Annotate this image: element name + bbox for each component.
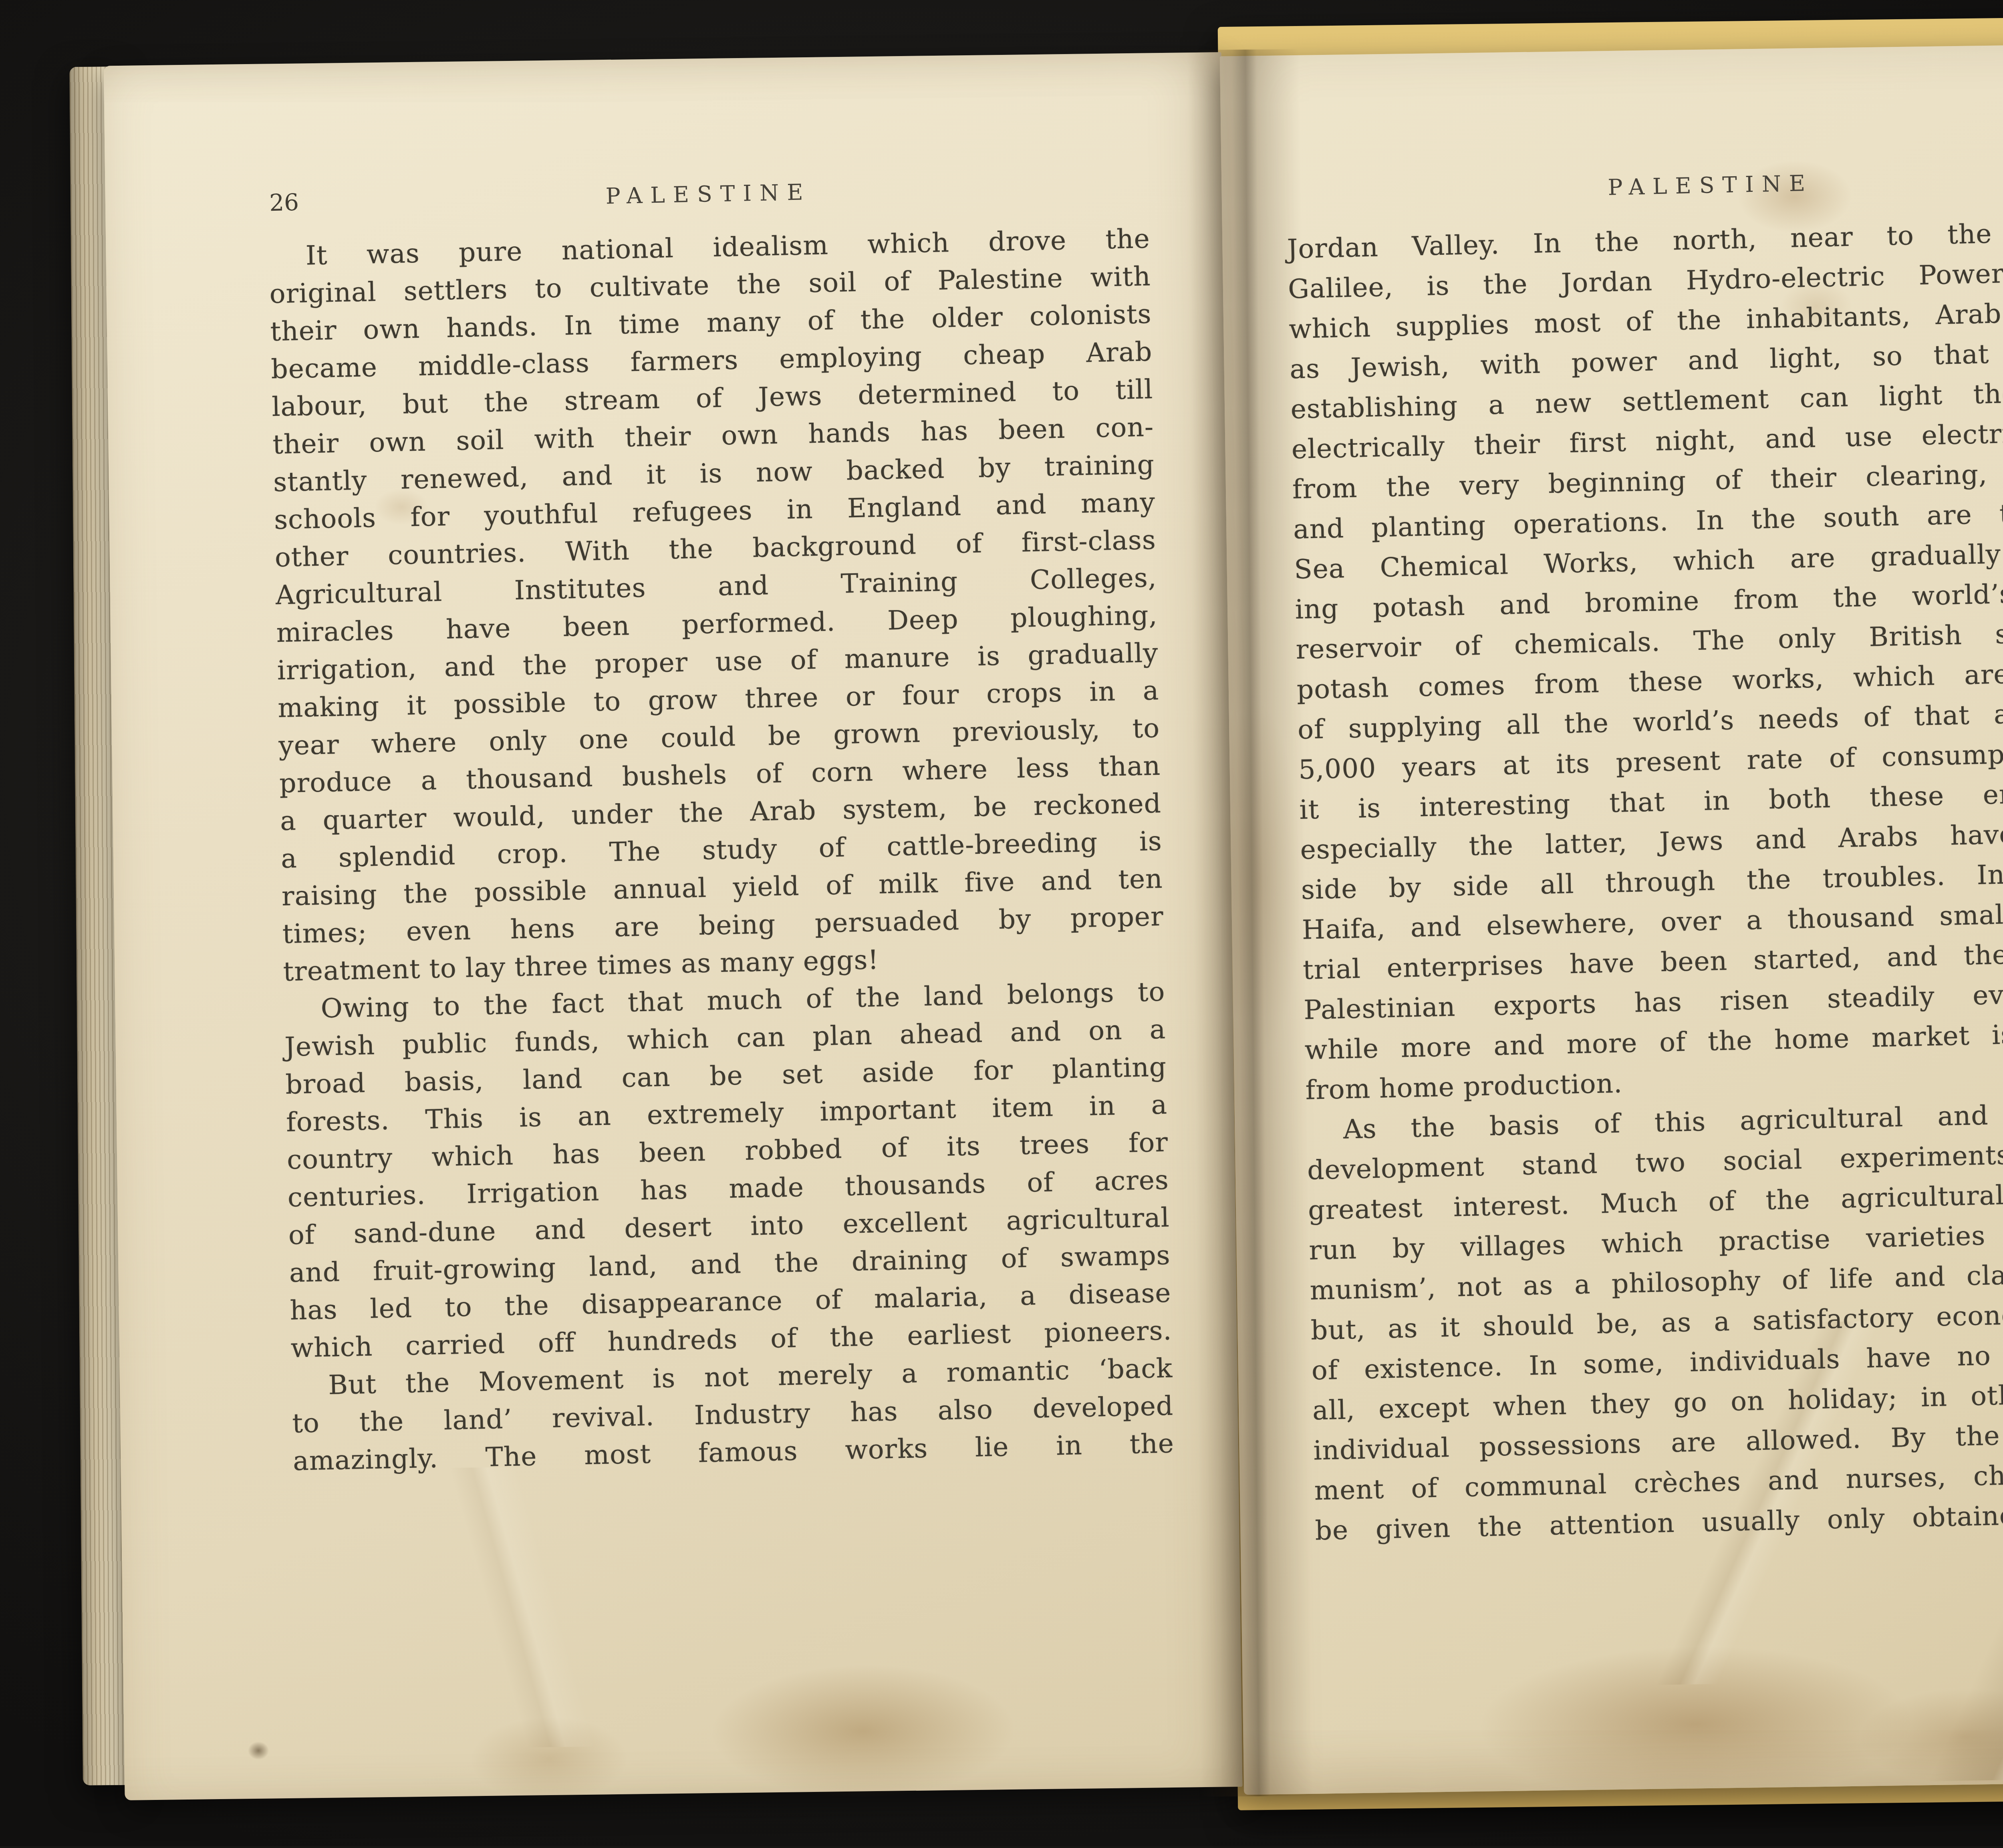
left-header-row: 26 PALESTINE — [267, 166, 1149, 222]
left-page-text: It was pure national idealism which drov… — [268, 220, 1175, 1480]
left-text-block: 26 PALESTINE It was pure national ideali… — [267, 166, 1175, 1480]
stain — [244, 1739, 273, 1763]
stain — [652, 1636, 1075, 1826]
right-header-row: PALESTINE 27 — [1286, 157, 2003, 213]
right-text-block: PALESTINE 27 Jordan Valley. In the north… — [1286, 157, 2003, 1551]
open-book: 26 PALESTINE It was pure national ideali… — [69, 21, 2003, 1818]
stain — [436, 1698, 662, 1821]
right-page-text: Jordan Valley. In the north, near to the… — [1287, 211, 2003, 1551]
running-head-left: PALESTINE — [267, 166, 1149, 222]
stain — [1823, 1671, 2003, 1803]
left-page: 26 PALESTINE It was pure national ideali… — [104, 52, 1243, 1800]
paper-wrinkle — [169, 1463, 853, 1752]
right-page: PALESTINE 27 Jordan Valley. In the north… — [1220, 41, 2003, 1795]
running-head-right: PALESTINE — [1286, 157, 2003, 213]
